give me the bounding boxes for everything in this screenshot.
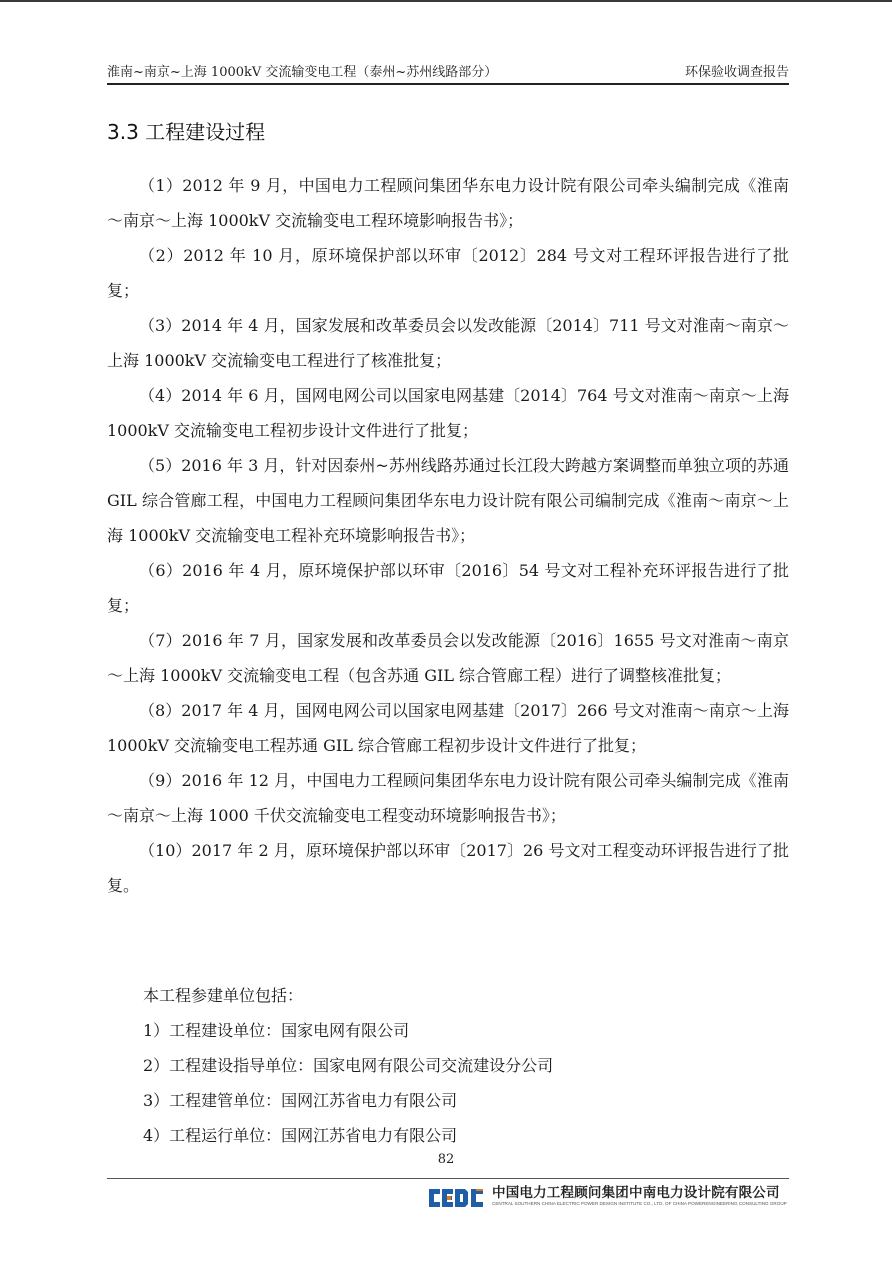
footer-company-logo: 中国电力工程顾问集团中南电力设计院有限公司 CENTRAL SOUTHERN C… xyxy=(428,1185,788,1213)
participant-item: 1）工程建设单位：国家电网有限公司 xyxy=(143,1013,783,1048)
participant-item: 3）工程建管单位：国网江苏省电力有限公司 xyxy=(143,1083,783,1118)
participants-intro: 本工程参建单位包括： xyxy=(143,978,783,1013)
company-name-en: CENTRAL SOUTHERN CHINA ELECTRIC POWER DE… xyxy=(492,1201,787,1207)
process-item-6: （6）2016 年 4 月，原环境保护部以环审〔2016〕54 号文对工程补充环… xyxy=(107,553,789,623)
process-item-4: （4）2014 年 6 月，国网电网公司以国家电网基建〔2014〕764 号文对… xyxy=(107,378,789,448)
process-item-3: （3）2014 年 4 月，国家发展和改革委员会以发改能源〔2014〕711 号… xyxy=(107,308,789,378)
section-title: 3.3 工程建设过程 xyxy=(107,118,265,146)
header-divider xyxy=(107,83,789,85)
process-item-10: （10）2017 年 2 月，原环境保护部以环审〔2017〕26 号文对工程变动… xyxy=(107,833,789,903)
page-number: 82 xyxy=(0,1152,892,1168)
process-item-7: （7）2016 年 7 月，国家发展和改革委员会以发改能源〔2016〕1655 … xyxy=(107,623,789,693)
page-header: 淮南~南京~上海 1000kV 交流输变电工程（泰州~苏州线路部分） 环保验收调… xyxy=(107,64,789,82)
header-project-title: 淮南~南京~上海 1000kV 交流输变电工程（泰州~苏州线路部分） xyxy=(107,64,497,82)
process-item-8: （8）2017 年 4 月，国网电网公司以国家电网基建〔2017〕266 号文对… xyxy=(107,693,789,763)
process-item-5: （5）2016 年 3 月，针对因泰州~苏州线路苏通过长江段大跨越方案调整而单独… xyxy=(107,448,789,553)
process-item-1: （1）2012 年 9 月，中国电力工程顾问集团华东电力设计院有限公司牵头编制完… xyxy=(107,168,789,238)
participant-item: 2）工程建设指导单位：国家电网有限公司交流建设分公司 xyxy=(143,1048,783,1083)
footer-divider xyxy=(107,1178,789,1179)
csepdi-logo-icon xyxy=(428,1187,488,1209)
company-name-cn: 中国电力工程顾问集团中南电力设计院有限公司 xyxy=(492,1185,780,1201)
participants-list: 本工程参建单位包括： 1）工程建设单位：国家电网有限公司 2）工程建设指导单位：… xyxy=(143,978,783,1153)
page-top-border xyxy=(0,0,892,2)
participant-item: 4）工程运行单位：国网江苏省电力有限公司 xyxy=(143,1118,783,1153)
construction-process-list: （1）2012 年 9 月，中国电力工程顾问集团华东电力设计院有限公司牵头编制完… xyxy=(107,168,789,903)
process-item-2: （2）2012 年 10 月，原环境保护部以环审〔2012〕284 号文对工程环… xyxy=(107,238,789,308)
process-item-9: （9）2016 年 12 月，中国电力工程顾问集团华东电力设计院有限公司牵头编制… xyxy=(107,763,789,833)
header-report-title: 环保验收调查报告 xyxy=(685,64,789,82)
